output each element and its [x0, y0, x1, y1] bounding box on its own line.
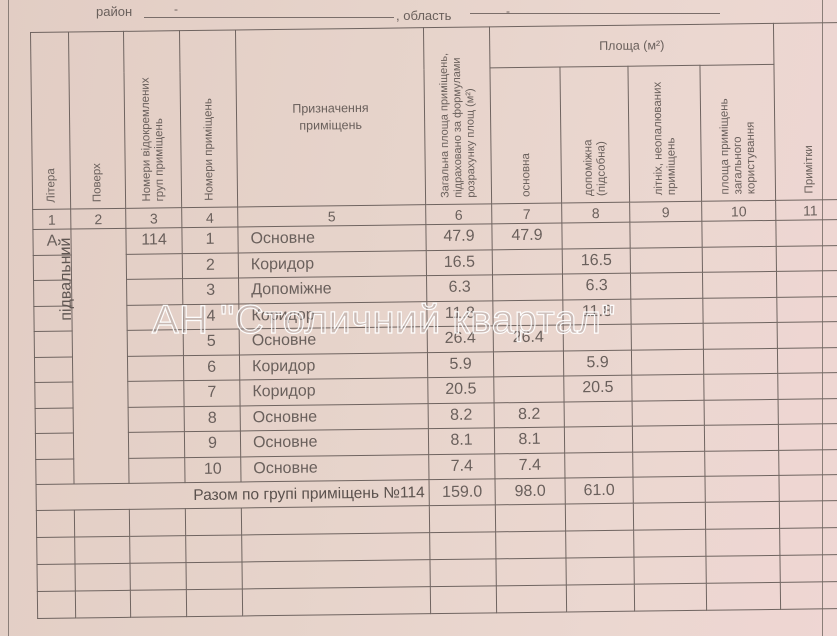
floor-cell: підвальний — [71, 228, 129, 484]
district-field — [144, 17, 394, 18]
col-header-aux-area: допоміжна (підсобна) — [560, 66, 630, 203]
col-header-main-area: основна — [490, 67, 562, 204]
total-area: 159.0 — [429, 479, 495, 506]
region-value: - — [506, 4, 510, 18]
col-header-floor: Поверх — [69, 31, 126, 209]
district-value: - — [174, 2, 178, 16]
total-aux: 61.0 — [565, 477, 633, 504]
col-header-notes: Примітки — [773, 23, 837, 201]
col-header-purpose: Призначення приміщень — [235, 28, 425, 207]
total-main: 98.0 — [495, 478, 565, 505]
col-header-common-area: площа приміщень загального користування — [700, 64, 776, 201]
region-label: , область — [396, 8, 451, 23]
col-header-room-numbers: Номери приміщень — [179, 30, 237, 208]
col-header-total-area: Загальна площа приміщень, підраховано за… — [423, 27, 491, 205]
page-edge-left — [8, 0, 9, 636]
col-group-area: Площа (м²) — [489, 23, 774, 67]
district-label: район — [96, 4, 132, 19]
premises-table: Літера Поверх Номери відокремлених груп … — [30, 22, 837, 619]
group-cell: 114 — [126, 228, 182, 254]
col-header-summer-area: літніх, неопалюваних приміщень — [628, 65, 702, 202]
col-header-litera: Літера — [31, 32, 71, 209]
col-header-group-numbers: Номери відокремлених груп приміщень — [123, 31, 181, 209]
